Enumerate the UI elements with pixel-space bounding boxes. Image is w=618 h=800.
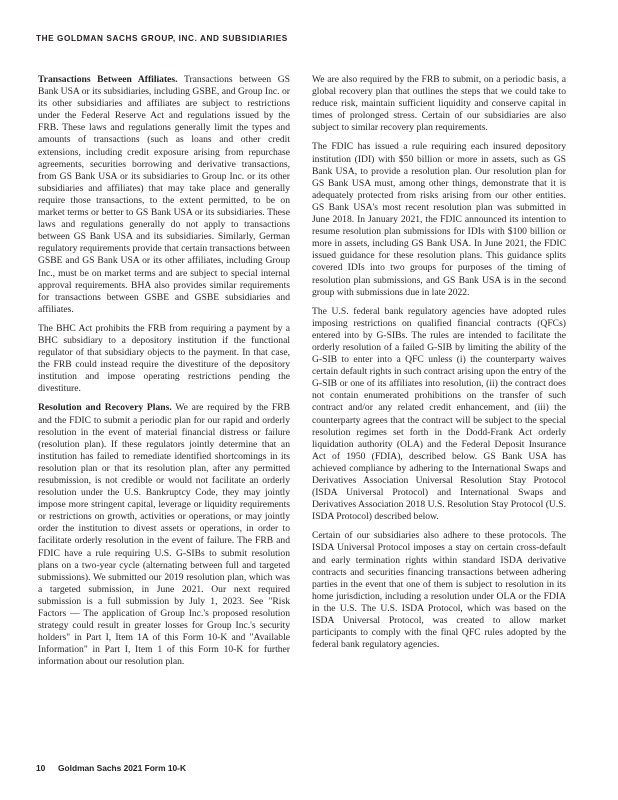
paragraph-text: Certain of our subsidiaries also adhere … [312, 530, 566, 650]
paragraph-isda-protocols: Certain of our subsidiaries also adhere … [312, 530, 566, 651]
paragraph-qfc-rules: The U.S. federal bank regulatory agencie… [312, 306, 566, 524]
paragraph-text: The U.S. federal bank regulatory agencie… [312, 306, 566, 523]
paragraph-transactions-between-affiliates: Transactions Between Affiliates. Transac… [38, 74, 290, 316]
paragraph-text: Transactions between GS Bank USA or its … [38, 74, 290, 315]
paragraph-text: The BHC Act prohibits the FRB from requi… [38, 323, 290, 394]
paragraph-text: We are required by the FRB and the FDIC … [38, 402, 290, 667]
running-head: The Goldman Sachs Group, Inc. and Subsid… [36, 34, 288, 43]
paragraph-resolution-recovery-plans: Resolution and Recovery Plans. We are re… [38, 402, 290, 668]
paragraph-text: We are also required by the FRB to submi… [312, 74, 566, 133]
paragraph-lead: Transactions Between Affiliates. [38, 74, 178, 85]
paragraph-fdic-idi-rule: The FDIC has issued a rule requiring eac… [312, 141, 566, 298]
page-number: 10 [36, 763, 58, 773]
left-column: Transactions Between Affiliates. Transac… [38, 74, 290, 676]
paragraph-bhc-act: The BHC Act prohibits the FRB from requi… [38, 323, 290, 396]
paragraph-text: The FDIC has issued a rule requiring eac… [312, 141, 566, 297]
document-label: Goldman Sachs 2021 Form 10-K [58, 763, 186, 773]
page-footer: 10Goldman Sachs 2021 Form 10-K [36, 763, 186, 773]
paragraph-lead: Resolution and Recovery Plans. [38, 402, 172, 413]
right-column: We are also required by the FRB to submi… [312, 74, 566, 658]
paragraph-global-recovery-plan: We are also required by the FRB to submi… [312, 74, 566, 134]
